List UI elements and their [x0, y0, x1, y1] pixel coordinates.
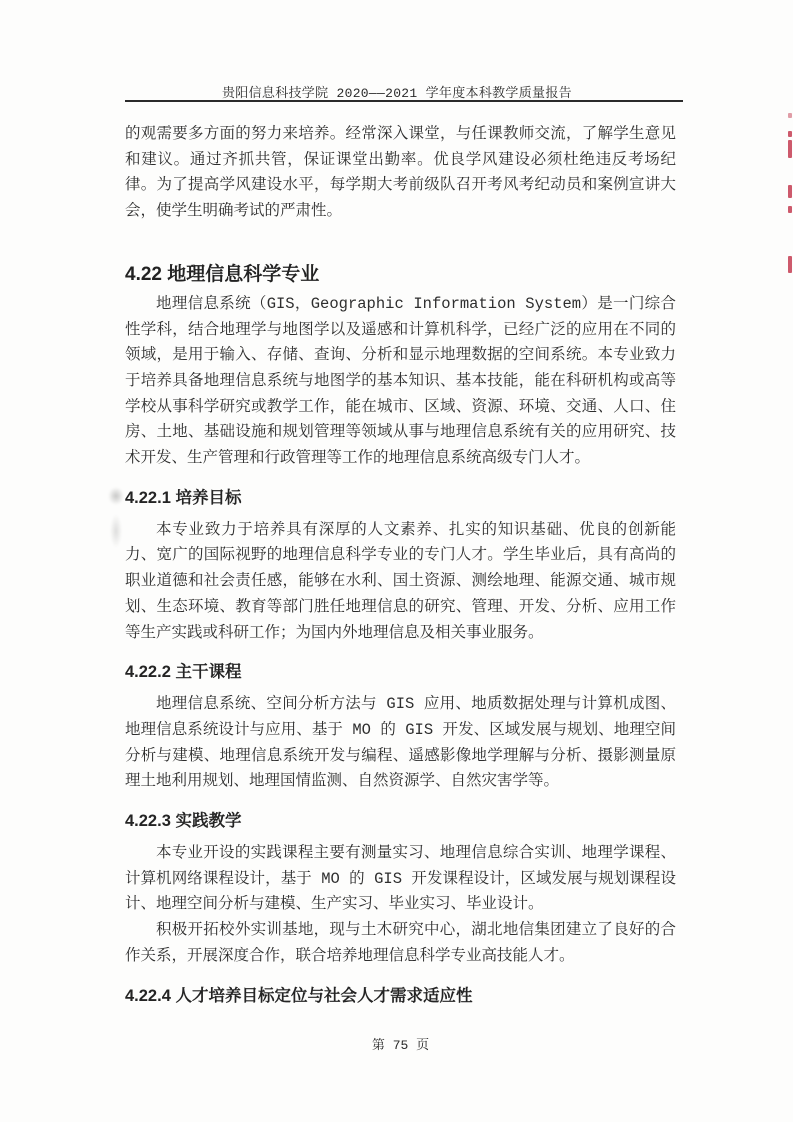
paragraph-continued-from-previous-page: 的观需要多方面的努力来培养。经常深入课堂，与任课教师交流，了解学生意见和建议。通…: [125, 122, 676, 225]
section-intro-paragraph: 地理信息系统（GIS，Geographic Information System…: [125, 292, 676, 472]
red-ink-mark: [788, 185, 792, 198]
red-ink-mark: [788, 140, 792, 158]
subsection-heading-4-22-1: 4.22.1 培养目标: [125, 486, 676, 510]
red-ink-mark: [788, 113, 792, 118]
header-divider-line: [125, 100, 683, 102]
subsection-4-22-1-paragraph: 本专业致力于培养具有深厚的人文素养、扎实的知识基础、优良的创新能力、宽广的国际视…: [125, 518, 676, 647]
page-number: 第 75 页: [125, 1034, 676, 1053]
document-page: 贵阳信息科技学院 2020——2021 学年度本科教学质量报告 的观需要多方面的…: [0, 0, 793, 1122]
body-column: 的观需要多方面的努力来培养。经常深入课堂，与任课教师交流，了解学生意见和建议。通…: [125, 122, 676, 1016]
subsection-4-22-3-paragraph-2: 积极开拓校外实训基地，现与土木研究中心，湖北地信集团建立了良好的合作关系，开展深…: [125, 918, 676, 969]
subsection-heading-4-22-4: 4.22.4 人才培养目标定位与社会人才需求适应性: [125, 984, 676, 1008]
section-heading-4-22: 4.22 地理信息科学专业: [125, 261, 676, 288]
scan-smudge: [108, 487, 124, 505]
running-header-title: 贵阳信息科技学院 2020——2021 学年度本科教学质量报告: [222, 82, 572, 101]
red-ink-mark: [788, 206, 792, 213]
subsection-4-22-2-paragraph: 地理信息系统、空间分析方法与 GIS 应用、地质数据处理与计算机成图、地理信息系…: [125, 692, 676, 795]
red-ink-mark: [788, 256, 792, 273]
red-ink-mark: [788, 131, 792, 137]
subsection-heading-4-22-3: 4.22.3 实践教学: [125, 809, 676, 833]
scan-smudge: [110, 514, 122, 548]
subsection-4-22-3-paragraph-1: 本专业开设的实践课程主要有测量实习、地理信息综合实训、地理学课程、计算机网络课程…: [125, 841, 676, 918]
subsection-heading-4-22-2: 4.22.2 主干课程: [125, 660, 676, 684]
